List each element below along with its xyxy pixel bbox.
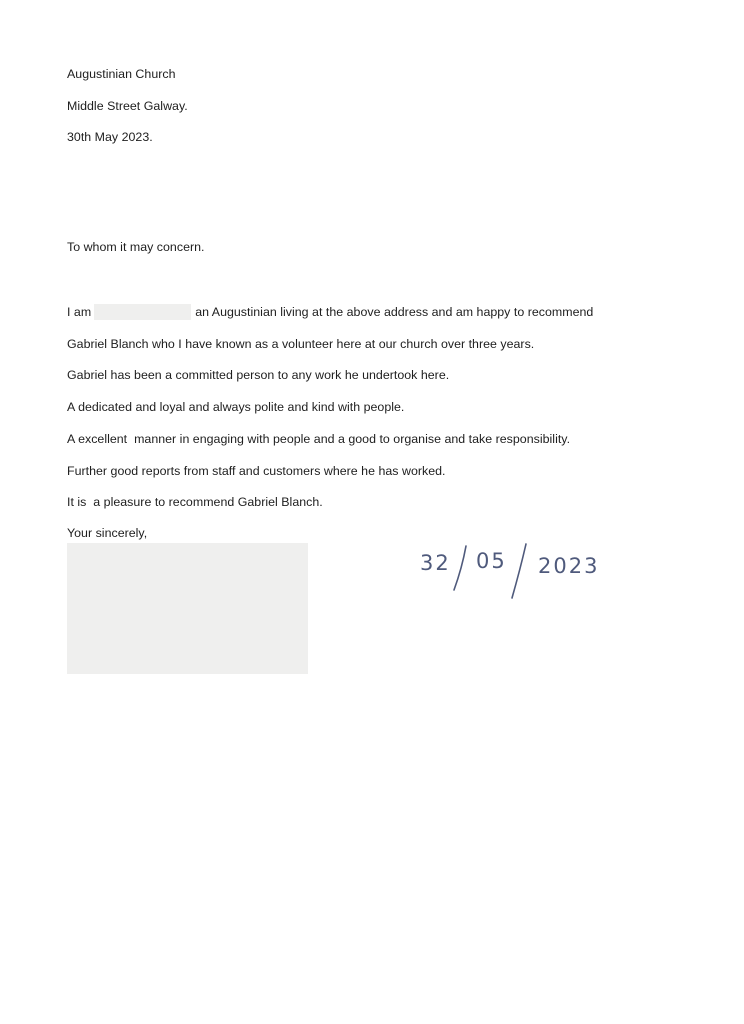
letter-page: Augustinian Church Middle Street Galway.… — [0, 0, 744, 1024]
body-line-1-start: I am — [67, 305, 91, 319]
redacted-name-box — [94, 304, 191, 320]
body-line-1-end: an Augustinian living at the above addre… — [195, 305, 593, 319]
body-line-4: A dedicated and loyal and always polite … — [67, 399, 404, 415]
handwritten-date-svg: 32 05 2023 — [418, 540, 618, 600]
salutation: To whom it may concern. — [67, 239, 205, 255]
body-line-1: I aman Augustinian living at the above a… — [67, 304, 593, 320]
handwritten-year: 2023 — [538, 554, 599, 578]
closing: Your sincerely, — [67, 525, 147, 541]
body-line-2: Gabriel Blanch who I have known as a vol… — [67, 336, 534, 352]
body-line-6: Further good reports from staff and cust… — [67, 463, 446, 479]
handwritten-date: 32 05 2023 — [418, 540, 618, 600]
handwritten-day: 32 — [420, 551, 451, 575]
body-line-5: A excellent manner in engaging with peop… — [67, 431, 570, 447]
letter-date: 30th May 2023. — [67, 129, 153, 145]
body-line-3: Gabriel has been a committed person to a… — [67, 367, 449, 383]
redacted-signature-box — [67, 543, 308, 674]
handwritten-slash-1 — [454, 546, 466, 590]
sender-address: Middle Street Galway. — [67, 98, 188, 114]
handwritten-month: 05 — [476, 549, 507, 573]
handwritten-slash-2 — [512, 544, 526, 598]
body-line-7: It is a pleasure to recommend Gabriel Bl… — [67, 494, 323, 510]
sender-name: Augustinian Church — [67, 66, 176, 82]
